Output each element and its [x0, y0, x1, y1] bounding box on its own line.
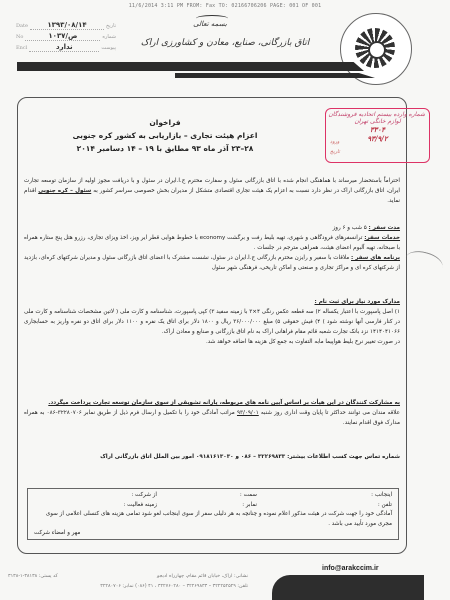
form-position[interactable]: سمت : — [157, 491, 257, 501]
title-dates: ۲۸–۲۳ آذر ماه ۹۳ مطابق با ۱۹ – ۱۴ دسامبر… — [20, 144, 310, 153]
stamp-number: ۳۳۰۴ — [330, 125, 425, 134]
meta-date: Date ۱۳۹۳/۰۸/۱۴ تاریخ — [16, 20, 116, 31]
logo-center — [368, 41, 386, 59]
form-undersigned[interactable]: اینجانب : — [257, 491, 392, 501]
footer-band — [272, 575, 424, 600]
letterhead-band-thin — [175, 73, 375, 78]
trip-details: مدت سفر : ۵ شب و ۶ روز خدمات سفر: ترانسف… — [24, 223, 400, 273]
meta-number: No ۱۰۳۷/ص شماره — [16, 31, 116, 42]
title-block: فراخوان اعزام هیئت تجاری – بازاریابی به … — [20, 118, 310, 153]
form-fax[interactable]: نمابر : — [157, 501, 257, 511]
footer-postal: کد پستی: ۳۸۱۳۸-۱-۳۱۳۸ — [8, 572, 58, 582]
trip-services-value: ترانسفرهای فرودگاهی و شهری، تهیه بلیط رف… — [24, 235, 400, 251]
meta-date-value: ۱۳۹۳/۰۸/۱۴ — [30, 21, 104, 30]
form-phone[interactable]: تلفن : — [257, 501, 392, 511]
intro-paragraph: احتراماً باستحضار میرساند با هماهنگی انج… — [24, 176, 400, 206]
letter-meta: Date ۱۳۹۳/۰۸/۱۴ تاریخ No ۱۰۳۷/ص شماره En… — [16, 20, 116, 53]
required-documents: مدارک مورد نیاز برای ثبت نام : ۱) اصل پا… — [24, 297, 400, 347]
title-subject: اعزام هیئت تجاری – بازاریابی به کشور کره… — [20, 131, 310, 140]
trip-services: خدمات سفر: ترانسفرهای فرودگاهی و شهری، ت… — [24, 233, 400, 253]
received-stamp: شماره وارده بیستم اتحادیه فروشندگان لواز… — [325, 108, 430, 163]
footer-address: نشانی: اراک، خیابان قائم مقام، چهارراه ا… — [157, 572, 248, 582]
form-row-1: اینجانب : سمت : از شرکت : — [34, 491, 392, 501]
organization-name: اتاق بازرگانی، صنایع، معادن و کشاورزی ار… — [135, 38, 315, 48]
deadline-paragraph: علاقه مندان می توانند حداکثر تا پایان وق… — [24, 408, 400, 428]
bismillah: بسمه تعالی — [175, 20, 245, 28]
letterhead-band — [17, 62, 364, 71]
meta-attachment-label-fa: پیوست — [101, 45, 116, 51]
stamp-date: ۹۳/۹/۲ — [330, 134, 425, 143]
trip-program: برنامه های سفر : ملاقات با سفیر و رایزن … — [24, 253, 400, 273]
trip-duration-value: ۵ شب و ۶ روز — [333, 225, 369, 231]
footer-address-block: نشانی: اراک، خیابان قائم مقام، چهارراه ا… — [8, 572, 248, 592]
trip-duration-label: مدت سفر : — [369, 225, 400, 231]
stamp-side-date: تاریخ — [330, 149, 340, 155]
meta-attachment-value: ندارد — [29, 43, 99, 52]
trip-services-label: خدمات سفر: — [364, 235, 400, 241]
subsidy-section: به مشارکت کنندگان در این هیأت بر اساس آی… — [24, 398, 400, 428]
footer-line1: نشانی: اراک، خیابان قائم مقام، چهارراه ا… — [8, 572, 248, 582]
trip-program-value: ملاقات با سفیر و رایزن محترم بازرگانی ج.… — [24, 255, 400, 271]
contact-info: شماره تماس جهت کسب اطلاعات بیشتر: ۳۲۲۶۹۸… — [24, 452, 400, 462]
stamp-line1: شماره وارده بیستم اتحادیه فروشندگان — [330, 111, 425, 118]
trip-duration: مدت سفر : ۵ شب و ۶ روز — [24, 223, 400, 233]
deadline-before: علاقه مندان می توانند حداکثر تا پایان وق… — [259, 410, 400, 416]
documents-heading: مدارک مورد نیاز برای ثبت نام : — [24, 297, 400, 307]
deadline-date: ۹۳/۰۹/۰۱ — [237, 410, 259, 416]
meta-number-value: ۱۰۳۷/ص — [25, 32, 100, 41]
registration-form: اینجانب : سمت : از شرکت : تلفن : نمابر :… — [27, 488, 399, 540]
intro-destination: سئول – کره جنوبی — [38, 188, 91, 194]
documents-list: ۱) اصل پاسپورت با اعتبار یکساله ۲) سه قط… — [24, 307, 400, 337]
form-row-2: تلفن : نمابر : زمینه فعالیت : — [34, 501, 392, 511]
trip-program-label: برنامه های سفر : — [351, 255, 400, 261]
fax-header: 11/6/2014 3:11 PM FROM: Fax TO: 02166706… — [0, 3, 450, 9]
stamp-line2: لوازم خانگی تهران — [330, 118, 425, 125]
form-company[interactable]: از شرکت : — [131, 491, 157, 501]
footer-phone: تلفن: ۳۲۲۲۵۲۵۲۹ – ۳۲۲۶۹۸۳۳ – ۳۲۲۷۶۰۲۸۰ ،… — [8, 582, 248, 592]
form-declaration: آمادگی خود را جهت شرکت در هیئت مذکور اعل… — [34, 510, 392, 529]
title-call: فراخوان — [20, 118, 310, 127]
form-activity[interactable]: زمینه فعالیت : — [124, 501, 157, 511]
documents-note: در صورت تغییر نرخ بلیط هواپیما مابه التف… — [24, 337, 400, 347]
stamp-side-entry: ورود — [330, 139, 339, 145]
footer-email-link[interactable]: info@arakccim.ir — [322, 565, 379, 572]
meta-attachment: Encl ندارد پیوست — [16, 42, 116, 53]
subsidy-text: به مشارکت کنندگان در این هیأت بر اساس آی… — [24, 398, 400, 408]
meta-number-label-en: No — [16, 34, 23, 40]
form-signature: مهر و امضاء شرکت — [34, 529, 392, 539]
meta-number-label-fa: شماره — [102, 34, 116, 40]
meta-date-label-en: Date — [16, 23, 28, 29]
handwritten-mark — [403, 247, 445, 277]
meta-attachment-label-en: Encl — [16, 45, 27, 51]
meta-date-label-fa: تاریخ — [106, 23, 116, 29]
